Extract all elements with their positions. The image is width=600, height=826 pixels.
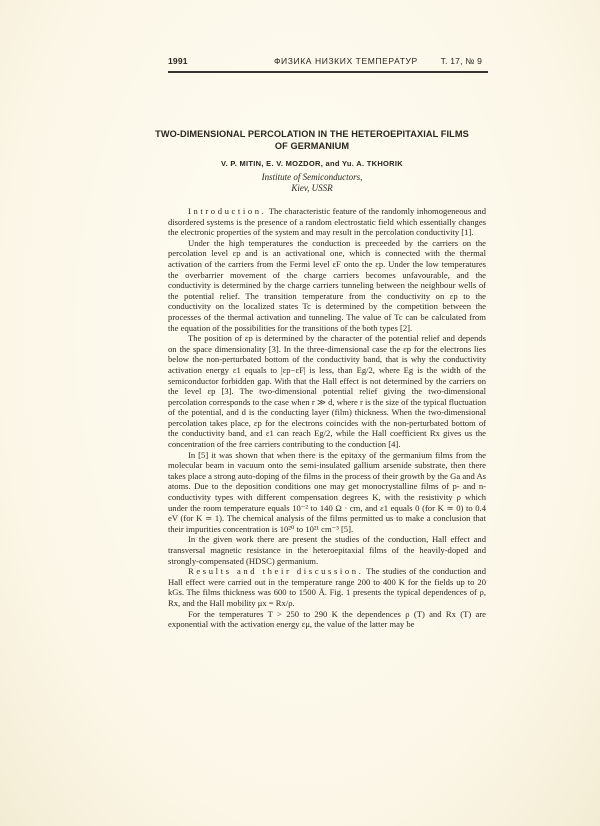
header-journal: ФИЗИКА НИЗКИХ ТЕМПЕРАТУР: [274, 56, 418, 66]
affiliation: Institute of Semiconductors, Kiev, USSR: [150, 172, 474, 194]
affiliation-line-2: Kiev, USSR: [150, 183, 474, 194]
affiliation-line-1: Institute of Semiconductors,: [150, 172, 474, 183]
section-heading-results: Results and their discussion.: [188, 566, 363, 576]
scanned-page: 1991 ФИЗИКА НИЗКИХ ТЕМПЕРАТУР Т. 17, № 9…: [0, 0, 600, 826]
title-line-1: TWO-DIMENSIONAL PERCOLATION IN THE HETER…: [150, 128, 474, 140]
paragraph-results: Results and their discussion. The studie…: [168, 566, 486, 608]
authors: V. P. MITIN, E. V. MOZDOR, and Yu. A. TK…: [150, 159, 474, 168]
header-rule: [168, 71, 488, 73]
title-line-2: OF GERMANIUM: [150, 140, 474, 152]
paragraph-5: In the given work there are present the …: [168, 534, 486, 566]
running-header: 1991 ФИЗИКА НИЗКИХ ТЕМПЕРАТУР Т. 17, № 9: [168, 56, 482, 70]
paragraph-2: Under the high temperatures the conducti…: [168, 238, 486, 333]
paragraph-3: The position of εp is determined by the …: [168, 333, 486, 450]
paragraph-introduction: Introduction. The characteristic feature…: [168, 206, 486, 238]
paragraph-4: In [5] it was shown that when there is t…: [168, 450, 486, 535]
header-volume: Т. 17, № 9: [441, 56, 482, 66]
article-body: Introduction. The characteristic feature…: [168, 206, 486, 630]
header-year: 1991: [168, 56, 188, 66]
article-title: TWO-DIMENSIONAL PERCOLATION IN THE HETER…: [150, 128, 474, 152]
section-heading-introduction: Introduction.: [188, 206, 266, 216]
paragraph-7: For the temperatures T > 250 to 290 K th…: [168, 609, 486, 630]
